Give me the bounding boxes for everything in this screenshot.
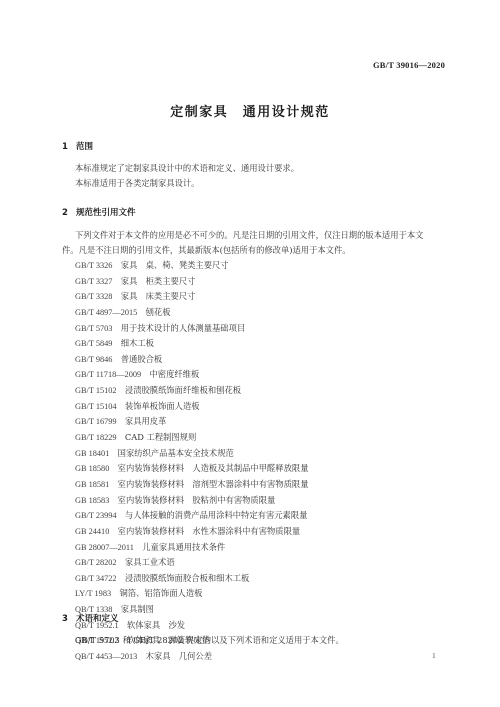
reference-item: GB 28007—2011 儿童家具通用技术条件: [75, 540, 309, 556]
reference-item: GB/T 4897—2015 刨花板: [75, 305, 309, 321]
reference-code: GB 18583: [75, 496, 109, 505]
reference-item: GB/T 5849 细木工板: [75, 336, 309, 352]
reference-item: GB/T 16799 家具用皮革: [75, 414, 309, 430]
reference-item: GB 18401 国家纺织产品基本安全技术规范: [75, 446, 309, 462]
section-title: 规范性引用文件: [76, 208, 136, 218]
reference-title: 用于技术设计的人体测量基础项目: [121, 323, 245, 333]
reference-item: QB/T 4453—2013 木家具 几何公差: [75, 649, 309, 665]
reference-item: GB/T 9846 普通胶合板: [75, 352, 309, 368]
reference-code: GB 28007—2011: [75, 543, 134, 552]
reference-item: GB/T 5703 用于技术设计的人体测量基础项目: [75, 321, 309, 337]
reference-title: 刨花板: [146, 307, 171, 317]
section-number: 1: [62, 142, 76, 152]
reference-code: GB/T 16799: [75, 417, 117, 426]
reference-title: 室内装饰装修材料 人造板及其制品中甲醛释放限量: [118, 463, 309, 473]
reference-code: GB/T 23994: [75, 511, 117, 520]
reference-code: GB/T 5703: [75, 324, 112, 333]
reference-code: GB/T 9846: [75, 355, 112, 364]
reference-title: 室内装饰装修材料 水性木器涂料中有害物质限量: [118, 526, 301, 536]
reference-code: GB 24410: [75, 527, 109, 536]
reference-code: GB/T 11718—2009: [75, 370, 141, 379]
section-3-heading: 3术语和定义: [62, 612, 119, 624]
reference-code: GB 18580: [75, 464, 109, 473]
section-2-intro-line-1: 下列文件对于本文件的应用是必不可少的。凡是注日期的引用文件，仅注日期的版本适用于…: [75, 228, 423, 244]
normative-reference-list: GB/T 3326 家具 桌、椅、凳类主要尺寸 GB/T 3327 家具 柜类主…: [75, 258, 309, 665]
reference-title: 浸渍胶膜纸饰面胶合板和细木工板: [125, 573, 249, 583]
document-title: 定制家具 通用设计规范: [0, 101, 500, 120]
reference-item: GB 18583 室内装饰装修材料 胶粘剂中有害物质限量: [75, 493, 309, 509]
section-title: 范围: [76, 142, 93, 152]
reference-code: GB 18581: [75, 480, 109, 489]
reference-title: 儿童家具通用技术条件: [142, 542, 225, 552]
reference-code: GB/T 4897—2015: [75, 308, 137, 317]
section-1-paragraph-2: 本标准适用于各类定制家具设计。: [75, 176, 199, 192]
reference-title: 与人体接触的消费产品用涂料中特定有害元素限量: [125, 510, 308, 520]
reference-title: 家具 桌、椅、凳类主要尺寸: [121, 260, 229, 270]
reference-item: GB/T 28202 家具工业术语: [75, 555, 309, 571]
reference-title: 室内装饰装修材料 胶粘剂中有害物质限量: [118, 495, 276, 505]
section-title: 术语和定义: [76, 614, 119, 624]
reference-item: GB/T 18229 CAD 工程制图规则: [75, 430, 309, 446]
reference-title: 装饰单板饰面人造板: [125, 401, 200, 411]
reference-title: 铜箔、铝箔饰面人造板: [119, 588, 202, 598]
reference-title: 木家具 几何公差: [146, 651, 212, 661]
section-number: 3: [62, 614, 76, 624]
reference-item: GB 24410 室内装饰装修材料 水性木器涂料中有害物质限量: [75, 524, 309, 540]
reference-item: GB/T 3328 家具 床类主要尺寸: [75, 289, 309, 305]
reference-title: 家具 柜类主要尺寸: [121, 276, 196, 286]
reference-item: GB/T 15102 浸渍胶膜纸饰面纤维板和刨花板: [75, 383, 309, 399]
reference-code: GB 18401: [75, 449, 109, 458]
section-number: 2: [62, 208, 76, 218]
reference-item: GB/T 3326 家具 桌、椅、凳类主要尺寸: [75, 258, 309, 274]
reference-code: GB/T 15104: [75, 402, 117, 411]
reference-title: 细木工板: [121, 338, 154, 348]
reference-code: GB/T 5849: [75, 339, 112, 348]
reference-title: 普通胶合板: [121, 354, 163, 364]
reference-code: LY/T 1983: [75, 589, 111, 598]
reference-code: GB/T 18229: [75, 433, 117, 442]
reference-code: GB/T 28202: [75, 558, 117, 567]
reference-item: GB/T 15104 装饰单板饰面人造板: [75, 399, 309, 415]
reference-title: 室内装饰装修材料 溶剂型木器涂料中有害物质限量: [118, 479, 309, 489]
reference-item: GB/T 3327 家具 柜类主要尺寸: [75, 274, 309, 290]
reference-code: GB/T 3327: [75, 277, 112, 286]
reference-item: LY/T 1983 铜箔、铝箔饰面人造板: [75, 586, 309, 602]
section-1-heading: 1范围: [62, 140, 93, 152]
reference-title: 国家纺织产品基本安全技术规范: [118, 448, 234, 458]
reference-code: QB/T 4453—2013: [75, 652, 137, 661]
reference-title: CAD 工程制图规则: [125, 432, 196, 442]
reference-item: GB/T 23994 与人体接触的消费产品用涂料中特定有害元素限量: [75, 508, 309, 524]
reference-item: GB 18580 室内装饰装修材料 人造板及其制品中甲醛释放限量: [75, 461, 309, 477]
reference-title: 家具用皮革: [125, 416, 167, 426]
standard-code: GB/T 39016—2020: [373, 60, 445, 70]
reference-code: GB/T 3326: [75, 261, 112, 270]
reference-title: 浸渍胶膜纸饰面纤维板和刨花板: [125, 385, 241, 395]
reference-title: 家具制图: [121, 604, 154, 614]
reference-item: GB/T 11718—2009 中密度纤维板: [75, 367, 309, 383]
section-2-heading: 2规范性引用文件: [62, 206, 136, 218]
section-2-intro-line-2: 件。凡是不注日期的引用文件，其最新版本(包括所有的修改单)适用于本文件。: [62, 243, 351, 259]
reference-item: GB/T 34722 浸渍胶膜纸饰面胶合板和细木工板: [75, 571, 309, 587]
reference-code: GB/T 3328: [75, 292, 112, 301]
reference-title: 家具工业术语: [125, 557, 175, 567]
reference-item: GB 18581 室内装饰装修材料 溶剂型木器涂料中有害物质限量: [75, 477, 309, 493]
reference-code: GB/T 34722: [75, 574, 117, 583]
reference-title: 家具 床类主要尺寸: [121, 291, 196, 301]
reference-title: 软体家具 沙发: [127, 620, 185, 630]
section-1-paragraph-1: 本标准规定了定制家具设计中的术语和定义、通用设计要求。: [75, 161, 299, 177]
page-number: 1: [432, 651, 436, 660]
reference-title: 中密度纤维板: [149, 369, 199, 379]
reference-code: GB/T 15102: [75, 386, 117, 395]
section-3-paragraph-1: GB/T 5703 和 GB/T 28202 界定的以及下列术语和定义适用于本文…: [75, 633, 344, 649]
